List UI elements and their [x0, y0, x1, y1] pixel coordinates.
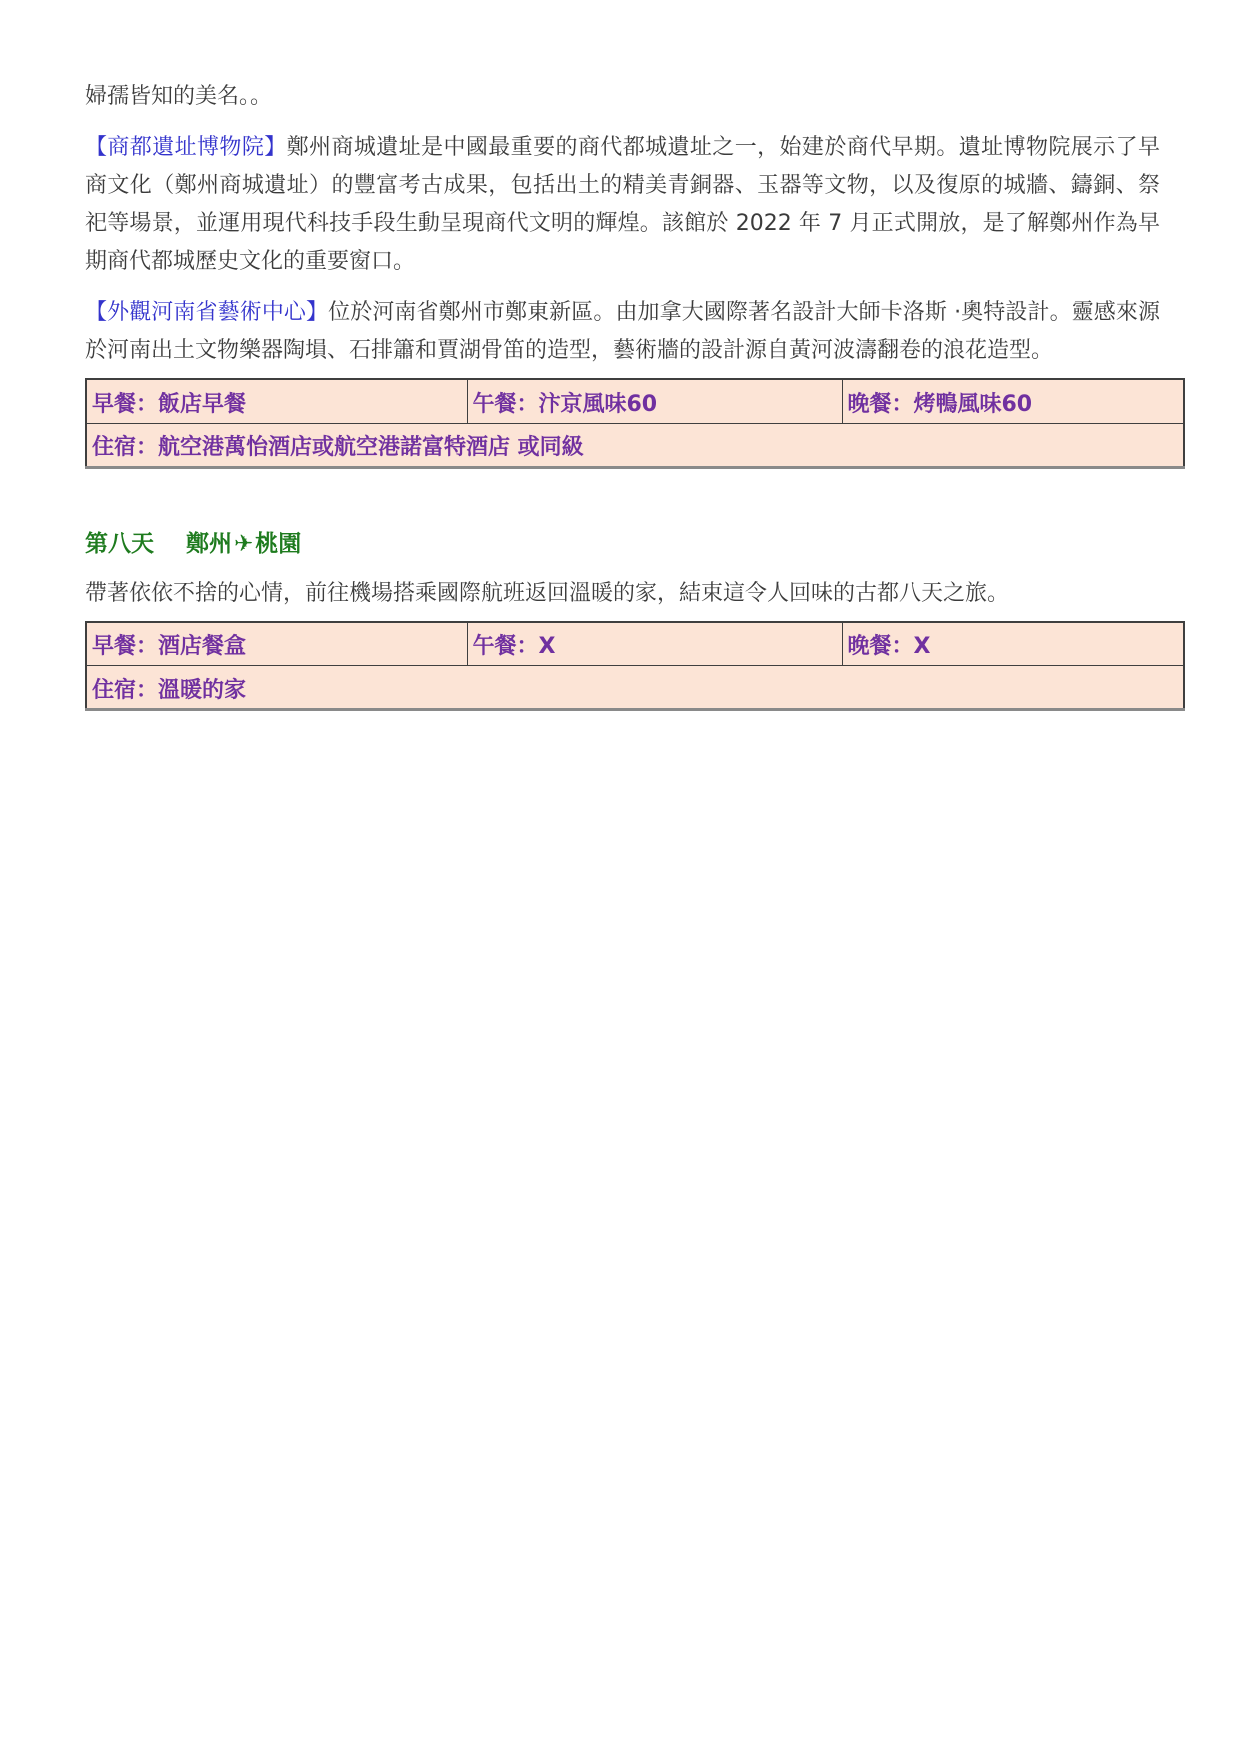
day8-meal-table: 早餐：酒店餐盒 午餐：X 晚餐：X 住宿：溫暖的家	[85, 621, 1185, 712]
landmark-label-art-center: 【外觀河南省藝術中心】	[85, 300, 328, 325]
itinerary-document-page: 婦孺皆知的美名。。 【商都遺址博物院】鄭州商城遺址是中國最重要的商代都城遺址之一…	[0, 0, 1241, 1755]
day7-breakfast-cell: 早餐：飯店早餐	[86, 379, 467, 423]
day8-description: 帶著依依不捨的心情，前往機場搭乘國際航班返回溫暖的家，結束這令人回味的古都八天之…	[85, 575, 1160, 613]
intro-text: 婦孺皆知的美名。。	[85, 78, 1160, 116]
table-row: 住宿：溫暖的家	[86, 666, 1184, 710]
day8-dinner-cell: 晚餐：X	[842, 622, 1184, 666]
landmark-label-shangdu: 【商都遺址博物院】	[85, 135, 287, 160]
day8-route-to: 桃園	[255, 531, 301, 557]
day7-dinner-cell: 晚餐：烤鴨風味60	[842, 379, 1184, 423]
table-row: 住宿：航空港萬怡酒店或航空港諾富特酒店 或同級	[86, 423, 1184, 467]
day8-heading-day: 第八天	[85, 531, 154, 557]
day8-breakfast-cell: 早餐：酒店餐盒	[86, 622, 467, 666]
day7-lodging-cell: 住宿：航空港萬怡酒店或航空港諾富特酒店 或同級	[86, 423, 1184, 467]
day8-lodging-cell: 住宿：溫暖的家	[86, 666, 1184, 710]
paragraph-henan-art-center: 【外觀河南省藝術中心】位於河南省鄭州市鄭東新區。由加拿大國際著名設計大師卡洛斯 …	[85, 294, 1160, 370]
day7-lunch-cell: 午餐：汴京風味60	[467, 379, 842, 423]
table-row: 早餐：酒店餐盒 午餐：X 晚餐：X	[86, 622, 1184, 666]
day8-heading: 第八天鄭州✈桃園	[85, 529, 1160, 559]
airplane-icon: ✈	[232, 531, 255, 557]
day7-meal-table: 早餐：飯店早餐 午餐：汴京風味60 晚餐：烤鴨風味60 住宿：航空港萬怡酒店或航…	[85, 378, 1185, 469]
paragraph-shangdu-museum: 【商都遺址博物院】鄭州商城遺址是中國最重要的商代都城遺址之一，始建於商代早期。遺…	[85, 129, 1160, 281]
day8-lunch-cell: 午餐：X	[467, 622, 842, 666]
day8-route-from: 鄭州	[186, 531, 232, 557]
table-row: 早餐：飯店早餐 午餐：汴京風味60 晚餐：烤鴨風味60	[86, 379, 1184, 423]
